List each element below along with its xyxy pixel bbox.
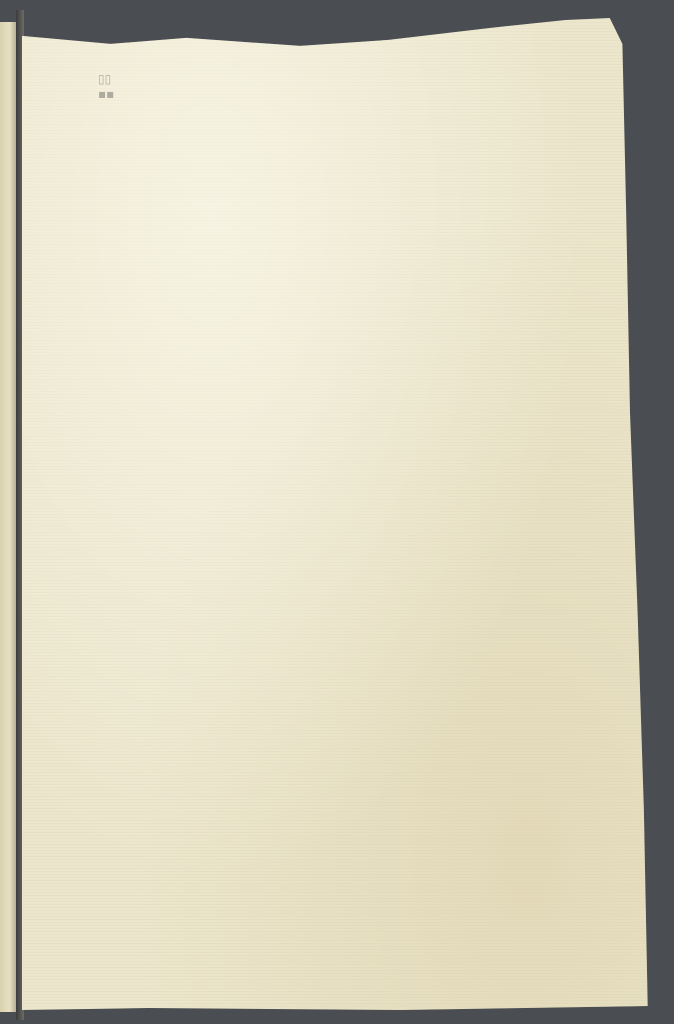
manuscript-page — [22, 14, 654, 1010]
archive-stamp: ▯▯▪▪ — [98, 72, 128, 104]
